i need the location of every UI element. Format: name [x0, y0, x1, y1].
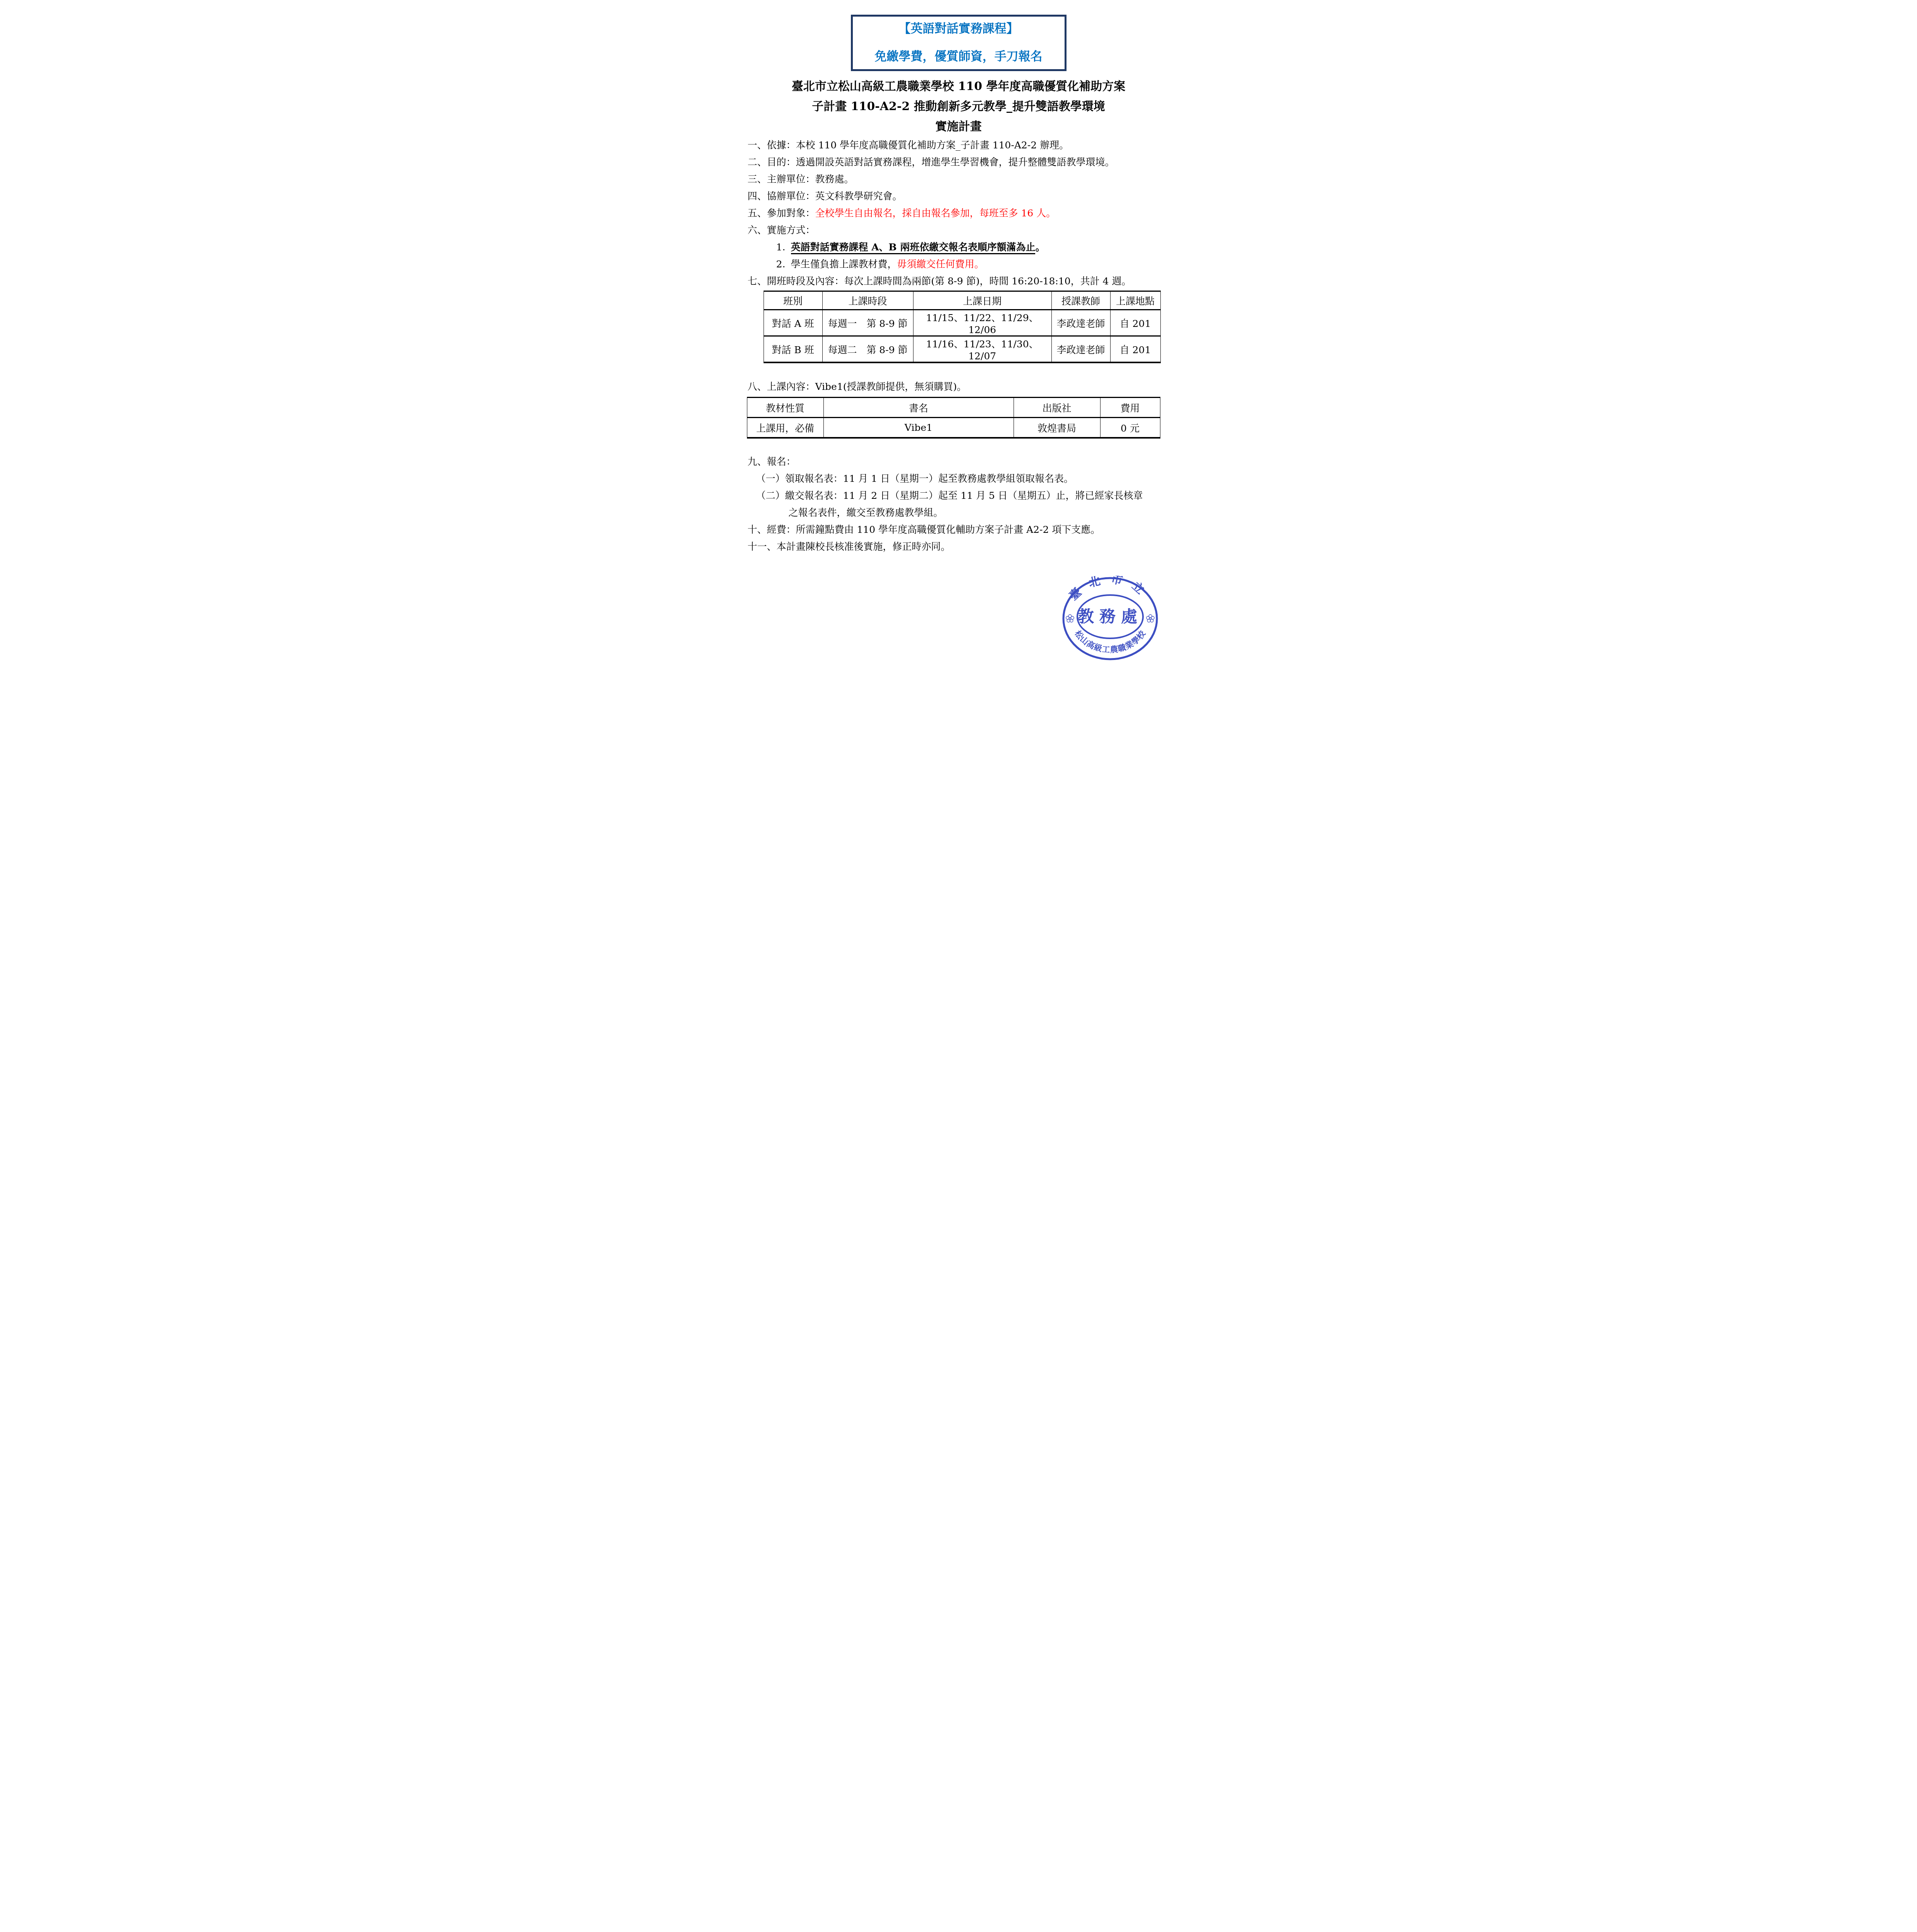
header-book-name: 書名 — [823, 398, 1014, 418]
cell-period-b: 每週二 第 8-9 節 — [822, 336, 913, 363]
document-page: 【英語對話實務課程】 免繳學費，優質師資，手刀報名 臺北市立松山高級工農職業學校… — [719, 0, 1198, 678]
schedule-row-b: 對話 B 班 每週二 第 8-9 節 11/16、11/23、11/30、12/… — [764, 336, 1160, 363]
title-line-1: 臺北市立松山高級工農職業學校 110 學年度高職優質化補助方案 — [719, 77, 1198, 97]
item-6-1-period: 。 — [1035, 241, 1045, 253]
banner-box: 【英語對話實務課程】 免繳學費，優質師資，手刀報名 — [851, 15, 1067, 71]
cell-material-type: 上課用，必備 — [747, 418, 823, 438]
item-9-2: （二）繳交報名表：11 月 2 日（星期二）起至 11 月 5 日（星期五）止，… — [748, 487, 1183, 504]
header-period: 上課時段 — [822, 291, 913, 310]
cell-dates-b: 11/16、11/23、11/30、12/07 — [913, 336, 1051, 363]
item-6-1-number: 1. — [776, 239, 791, 256]
schedule-header-row: 班別 上課時段 上課日期 授課教師 上課地點 — [764, 291, 1160, 310]
header-class: 班別 — [764, 291, 822, 310]
item-9-1: （一）領取報名表：11 月 1 日（星期一）起至教務處教學組領取報名表。 — [748, 470, 1183, 487]
item-3: 三、主辦單位：教務處。 — [748, 171, 1183, 188]
textbook-row: 上課用，必備 Vibe1 敦煌書局 0 元 — [747, 418, 1160, 438]
document-title: 臺北市立松山高級工農職業學校 110 學年度高職優質化補助方案 子計畫 110-… — [719, 77, 1198, 137]
item-6-2-red-text: 毋須繳交任何費用。 — [897, 259, 984, 270]
header-publisher: 出版社 — [1014, 398, 1100, 418]
cell-class-a: 對話 A 班 — [764, 310, 822, 336]
title-line-2: 子計畫 110-A2-2 推動創新多元教學_提升雙語教學環境 — [719, 97, 1198, 117]
item-1: 一、依據：本校 110 學年度高職優質化補助方案_子計畫 110-A2-2 辦理… — [748, 137, 1183, 154]
cell-teacher-a: 李政達老師 — [1051, 310, 1110, 336]
cell-book-name: Vibe1 — [823, 418, 1014, 438]
item-6-2-number: 2. — [776, 256, 791, 273]
item-5: 五、參加對象：全校學生自由報名，採自由報名參加，每班至多 16 人。 — [748, 205, 1183, 222]
item-10: 十、經費：所需鐘點費由 110 學年度高職優質化輔助方案子計畫 A2-2 項下支… — [748, 521, 1183, 538]
banner-subtitle: 免繳學費，優質師資，手刀報名 — [853, 49, 1065, 64]
schedule-row-a: 對話 A 班 每週一 第 8-9 節 11/15、11/22、11/29、12/… — [764, 310, 1160, 336]
item-9: 九、報名： — [748, 453, 1183, 470]
header-fee: 費用 — [1100, 398, 1160, 418]
cell-publisher: 敦煌書局 — [1014, 418, 1100, 438]
cell-location-a: 自 201 — [1110, 310, 1160, 336]
textbook-header-row: 教材性質 書名 出版社 費用 — [747, 398, 1160, 418]
item-6-2: 2.學生僅負擔上課教材費，毋須繳交任何費用。 — [748, 256, 1183, 273]
office-seal: 臺北市立 松山高級工農職業學校 教務處 — [1061, 576, 1160, 662]
plum-blossom-icon — [1066, 615, 1073, 622]
item-11: 十一、本計畫陳校長核准後實施，修正時亦同。 — [748, 538, 1183, 555]
cell-teacher-b: 李政達老師 — [1051, 336, 1110, 363]
item-8: 八、上課內容：Vibe1(授課教師提供，無須購買)。 — [748, 378, 1183, 395]
seal-top-arc-text: 臺北市立 — [1067, 576, 1153, 603]
item-6-1-underlined-text: 英語對話實務課程 A、B 兩班依繳交報名表順序額滿為止 — [791, 241, 1036, 254]
header-location: 上課地點 — [1110, 291, 1160, 310]
item-4: 四、協辦單位：英文科教學研究會。 — [748, 188, 1183, 205]
item-5-label: 五、參加對象： — [748, 207, 815, 219]
item-6: 六、實施方式： — [748, 222, 1183, 239]
item-7: 七、開班時段及內容：每次上課時間為兩節(第 8-9 節)，時間 16:20-18… — [748, 273, 1183, 290]
header-teacher: 授課教師 — [1051, 291, 1110, 310]
cell-dates-a: 11/15、11/22、11/29、12/06 — [913, 310, 1051, 336]
textbook-table: 教材性質 書名 出版社 費用 上課用，必備 Vibe1 敦煌書局 0 元 — [747, 397, 1160, 439]
office-seal-graphic: 臺北市立 松山高級工農職業學校 教務處 — [1061, 576, 1160, 662]
plum-blossom-icon — [1146, 615, 1154, 622]
item-5-red-text: 全校學生自由報名，採自由報名參加，每班至多 16 人。 — [815, 207, 1056, 219]
document-body: 一、依據：本校 110 學年度高職優質化補助方案_子計畫 110-A2-2 辦理… — [719, 137, 1198, 555]
cell-class-b: 對話 B 班 — [764, 336, 822, 363]
item-9-2-continuation: 之報名表件，繳交至教務處教學組。 — [748, 504, 1183, 521]
cell-period-a: 每週一 第 8-9 節 — [822, 310, 913, 336]
title-line-3: 實施計畫 — [719, 117, 1198, 137]
item-6-1: 1.英語對話實務課程 A、B 兩班依繳交報名表順序額滿為止。 — [748, 239, 1183, 256]
header-dates: 上課日期 — [913, 291, 1051, 310]
item-6-2-black-text: 學生僅負擔上課教材費， — [791, 259, 897, 270]
seal-center-text: 教務處 — [1077, 607, 1142, 626]
cell-fee: 0 元 — [1100, 418, 1160, 438]
item-2: 二、目的：透過開設英語對話實務課程，增進學生學習機會，提升整體雙語教學環境。 — [748, 154, 1183, 171]
banner-title: 【英語對話實務課程】 — [853, 21, 1065, 36]
seal-bottom-arc-text: 松山高級工農職業學校 — [1073, 629, 1147, 655]
class-schedule-table: 班別 上課時段 上課日期 授課教師 上課地點 對話 A 班 每週一 第 8-9 … — [764, 291, 1161, 363]
cell-location-b: 自 201 — [1110, 336, 1160, 363]
header-material-type: 教材性質 — [747, 398, 823, 418]
